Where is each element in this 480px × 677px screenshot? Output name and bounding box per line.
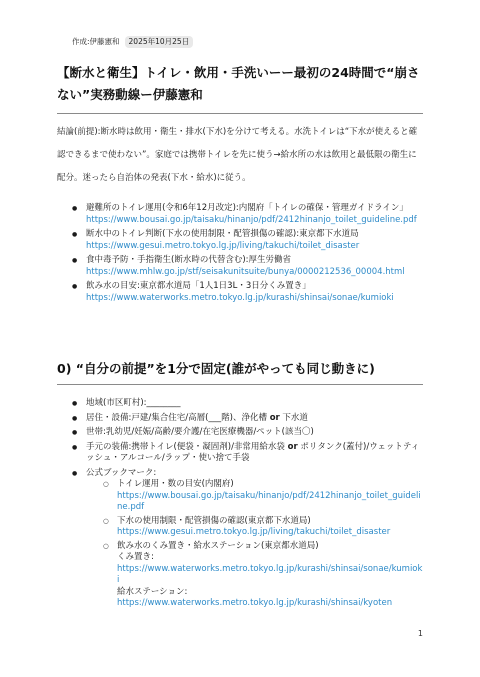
kumioki-sublabel: くみ置き: bbox=[117, 552, 423, 564]
intro-paragraph: 結論(前提):断水時は飲用・衛生・排水(下水)を分けて考える。水洗トイレは“下水… bbox=[57, 121, 423, 190]
list-item: ● 居住・設備:戸建/集合住宅/高層(___階)、浄化槽 or 下水道 bbox=[72, 413, 423, 425]
list-item: ● 公式ブックマーク: ○ トイレ運用・数の目安(内閣府) https://ww… bbox=[72, 468, 423, 612]
link-waterworks-kumioki[interactable]: https://www.waterworks.metro.tokyo.lg.jp… bbox=[86, 293, 423, 305]
link-waterworks-kumioki-2[interactable]: https://www.waterworks.metro.tokyo.lg.jp… bbox=[117, 564, 423, 587]
sublist-item-body: 飲み水のくみ置き・給水ステーション(東京都水道局) くみ置き: https://… bbox=[117, 541, 423, 610]
list-item: ● 手元の装備:携帯トイレ(便袋・凝固剤)/非常用給水袋 or ポリタンク(蓋付… bbox=[72, 442, 423, 465]
official-bookmarks-sublist: ○ トイレ運用・数の目安(内閣府) https://www.bousai.go.… bbox=[86, 479, 423, 610]
sublist-item-label: 下水の使用制限・配管損傷の確認(東京都下水道局) bbox=[117, 516, 423, 528]
hollow-bullet-icon: ○ bbox=[103, 516, 117, 539]
list-item-body: 食中毒予防・手指衛生(断水時の代替含む):厚生労働省 https://www.m… bbox=[86, 255, 423, 278]
sublist-item-body: 下水の使用制限・配管損傷の確認(東京都下水道局) https://www.ges… bbox=[117, 516, 423, 539]
list-item: ● 飲み水の目安:東京都水道局「1人1日3L・3日分くみ置き」 https://… bbox=[72, 281, 423, 304]
list-item: ● 世帯:乳幼児/妊娠/高齢/要介護/在宅医療機器/ペット(該当〇) bbox=[72, 427, 423, 439]
sublist-item: ○ トイレ運用・数の目安(内閣府) https://www.bousai.go.… bbox=[103, 479, 423, 514]
doc-author-label: 作成:伊藤憲和 bbox=[72, 37, 120, 46]
list-item-body: 断水中のトイレ判断(下水の使用制限・配管損傷の確認):東京都下水道局 https… bbox=[86, 229, 423, 252]
bullet-icon: ● bbox=[72, 255, 86, 278]
hollow-bullet-icon: ○ bbox=[103, 541, 117, 610]
sublist-item: ○ 下水の使用制限・配管損傷の確認(東京都下水道局) https://www.g… bbox=[103, 516, 423, 539]
list-item-label: 断水中のトイレ判断(下水の使用制限・配管損傷の確認):東京都下水道局 bbox=[86, 229, 423, 241]
bullet-icon: ● bbox=[72, 281, 86, 304]
page-number: 1 bbox=[0, 629, 423, 638]
list-item-body: 避難所のトイレ運用(令和6年12月改定):内閣府「トイレの確保・管理ガイドライン… bbox=[86, 203, 423, 226]
list-item-body: 居住・設備:戸建/集合住宅/高層(___階)、浄化槽 or 下水道 bbox=[86, 413, 423, 425]
link-cabinet-office-toilet-guideline[interactable]: https://www.bousai.go.jp/taisaku/hinanjo… bbox=[86, 215, 423, 227]
bullet-icon: ● bbox=[72, 203, 86, 226]
list-item-body: 飲み水の目安:東京都水道局「1人1日3L・3日分くみ置き」 https://ww… bbox=[86, 281, 423, 304]
reference-links-list: ● 避難所のトイレ運用(令和6年12月改定):内閣府「トイレの確保・管理ガイドラ… bbox=[57, 203, 423, 304]
link-waterworks-kyoten[interactable]: https://www.waterworks.metro.tokyo.lg.jp… bbox=[117, 598, 423, 610]
water-station-sublabel: 給水ステーション: bbox=[117, 587, 423, 599]
list-item-body: 地域(市区町村):________ bbox=[86, 398, 423, 410]
list-item: ● 地域(市区町村):________ bbox=[72, 398, 423, 410]
link-tokyo-sewerage-toilet-disaster[interactable]: https://www.gesui.metro.tokyo.lg.jp/livi… bbox=[86, 241, 423, 253]
bullet-icon: ● bbox=[72, 413, 86, 425]
section-0-heading: 0) “自分の前提”を1分で固定(誰がやっても同じ動きに) bbox=[57, 359, 423, 385]
list-item-label: 世帯:乳幼児/妊娠/高齢/要介護/在宅医療機器/ペット(該当〇) bbox=[86, 427, 423, 439]
link-tokyo-sewerage-toilet-disaster-2[interactable]: https://www.gesui.metro.tokyo.lg.jp/livi… bbox=[117, 527, 423, 539]
doc-title: 【断水と衛生】トイレ・飲用・手洗いーー最初の24時間で“崩さない”実務動線ー伊藤… bbox=[57, 62, 423, 114]
bullet-icon: ● bbox=[72, 442, 86, 465]
bullet-icon: ● bbox=[72, 427, 86, 439]
list-item-body: 手元の装備:携帯トイレ(便袋・凝固剤)/非常用給水袋 or ポリタンク(蓋付)/… bbox=[86, 442, 423, 465]
sublist-item-label: 飲み水のくみ置き・給水ステーション(東京都水道局) bbox=[117, 541, 423, 553]
doc-meta-line: 作成:伊藤憲和2025年10月25日 bbox=[72, 36, 423, 47]
list-item-label: 飲み水の目安:東京都水道局「1人1日3L・3日分くみ置き」 bbox=[86, 281, 423, 293]
list-item: ● 断水中のトイレ判断(下水の使用制限・配管損傷の確認):東京都下水道局 htt… bbox=[72, 229, 423, 252]
link-cabinet-office-toilet-guideline-2[interactable]: https://www.bousai.go.jp/taisaku/hinanjo… bbox=[117, 491, 423, 514]
sublist-item-label: トイレ運用・数の目安(内閣府) bbox=[117, 479, 423, 491]
sublist-item: ○ 飲み水のくみ置き・給水ステーション(東京都水道局) くみ置き: https:… bbox=[103, 541, 423, 610]
bullet-icon: ● bbox=[72, 398, 86, 410]
list-item-label: 避難所のトイレ運用(令和6年12月改定):内閣府「トイレの確保・管理ガイドライン… bbox=[86, 203, 423, 215]
sublist-item-body: トイレ運用・数の目安(内閣府) https://www.bousai.go.jp… bbox=[117, 479, 423, 514]
list-item-body: 世帯:乳幼児/妊娠/高齢/要介護/在宅医療機器/ペット(該当〇) bbox=[86, 427, 423, 439]
list-item-label: 食中毒予防・手指衛生(断水時の代替含む):厚生労働省 bbox=[86, 255, 423, 267]
bullet-icon: ● bbox=[72, 468, 86, 612]
doc-date-highlight: 2025年10月25日 bbox=[125, 36, 194, 48]
list-item: ● 食中毒予防・手指衛生(断水時の代替含む):厚生労働省 https://www… bbox=[72, 255, 423, 278]
hollow-bullet-icon: ○ bbox=[103, 479, 117, 514]
bullet-icon: ● bbox=[72, 229, 86, 252]
list-item-label: 地域(市区町村):________ bbox=[86, 398, 423, 410]
list-item-label: 居住・設備:戸建/集合住宅/高層(___階)、浄化槽 or 下水道 bbox=[86, 413, 423, 425]
list-item-label: 手元の装備:携帯トイレ(便袋・凝固剤)/非常用給水袋 or ポリタンク(蓋付)/… bbox=[86, 442, 423, 465]
document-page: 作成:伊藤憲和2025年10月25日 【断水と衛生】トイレ・飲用・手洗いーー最初… bbox=[0, 0, 480, 677]
premise-checklist: ● 地域(市区町村):________ ● 居住・設備:戸建/集合住宅/高層(_… bbox=[57, 398, 423, 612]
list-item-body: 公式ブックマーク: ○ トイレ運用・数の目安(内閣府) https://www.… bbox=[86, 468, 423, 612]
link-mhlw-hygiene[interactable]: https://www.mhlw.go.jp/stf/seisakunitsui… bbox=[86, 267, 423, 279]
list-item-label: 公式ブックマーク: bbox=[86, 468, 423, 480]
list-item: ● 避難所のトイレ運用(令和6年12月改定):内閣府「トイレの確保・管理ガイドラ… bbox=[72, 203, 423, 226]
